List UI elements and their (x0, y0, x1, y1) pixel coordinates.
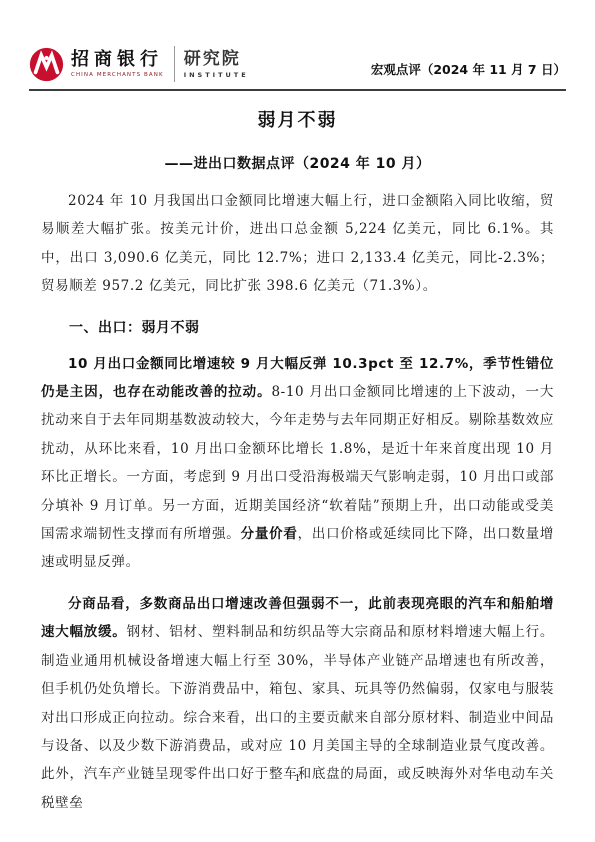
document-title: 弱月不弱 (41, 106, 554, 132)
section-heading-export: 一、出口：弱月不弱 (41, 317, 554, 337)
bank-name: 招商银行 (71, 50, 164, 70)
institute-name: 研究院 (184, 50, 249, 69)
page-header: 招商银行 CHINA MERCHANTS BANK 研究院 INSTITUTE … (29, 0, 566, 91)
bank-name-en: CHINA MERCHANTS BANK (71, 72, 164, 78)
report-page: 招商银行 CHINA MERCHANTS BANK 研究院 INSTITUTE … (0, 0, 595, 842)
document-body: 弱月不弱 ——进出口数据点评（2024 年 10 月） 2024 年 10 月我… (0, 106, 595, 817)
paragraph-summary: 2024 年 10 月我国出口金额同比增速大幅上行，进口金额陷入同比收缩，贸易顺… (41, 187, 554, 301)
logo-divider (174, 46, 175, 82)
paragraph-summary-text: 2024 年 10 月我国出口金额同比增速大幅上行，进口金额陷入同比收缩，贸易顺… (41, 193, 554, 294)
paragraph-export-growth: 10 月出口金额同比增速较 9 月大幅反弹 10.3pct 至 12.7%，季节… (41, 350, 554, 577)
report-type-label: 宏观点评（2024 年 11 月 7 日） (371, 60, 566, 82)
cmb-emblem-icon (29, 47, 64, 82)
bank-name-block: 招商银行 CHINA MERCHANTS BANK (71, 50, 164, 78)
page-number: 1 (0, 773, 595, 784)
cmb-logo: 招商银行 CHINA MERCHANTS BANK 研究院 INSTITUTE (29, 46, 249, 82)
institute-name-en: INSTITUTE (184, 71, 249, 79)
paragraph2-regular: 8-10 月出口金额同比增速的上下波动，一大扰动来自于去年同期基数波动较大，今年… (41, 384, 554, 542)
document-subtitle: ——进出口数据点评（2024 年 10 月） (41, 153, 554, 173)
institute-block: 研究院 INSTITUTE (184, 50, 249, 79)
paragraph2-bold-mid: 分量价看 (241, 526, 298, 542)
